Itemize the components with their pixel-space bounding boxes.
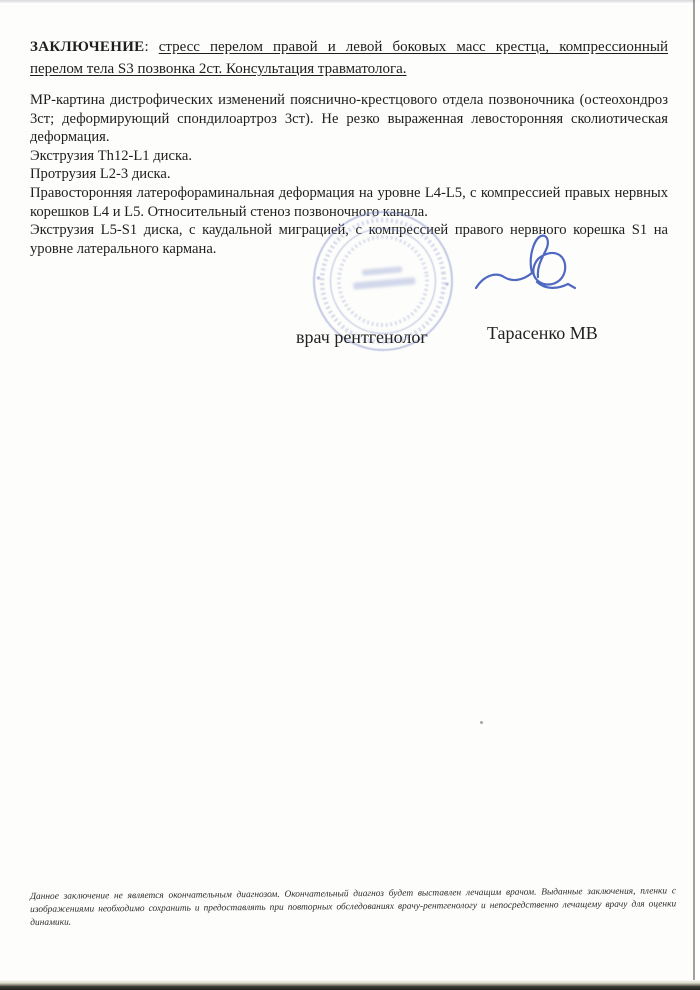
doctor-signature [458,226,588,321]
finding-paragraph: Протрузия L2-3 диска. [30,165,668,184]
scan-speck [282,231,284,233]
finding-paragraph: Экструзия Th12-L1 диска. [30,147,668,166]
scan-edge-right-light [695,0,700,990]
scan-speck [480,721,483,724]
doctor-name-label: Тарасенко МВ [487,323,598,344]
scanned-report-page: ЗАКЛЮЧЕНИЕ: стресс перелом правой и лево… [0,0,700,990]
doctor-role-label: врач рентгенолог [296,327,428,348]
conclusion-label: ЗАКЛЮЧЕНИЕ [30,39,144,55]
scan-edge-right [693,0,695,990]
scan-edge-bottom [0,980,700,990]
disclaimer-footer: Данное заключение не является окончатель… [30,885,676,930]
finding-paragraph: МР-картина дистрофических изменений пояс… [30,91,668,147]
scan-edge-top [0,0,700,3]
conclusion-paragraph: ЗАКЛЮЧЕНИЕ: стресс перелом правой и лево… [30,36,668,80]
conclusion-separator: : [144,39,158,55]
